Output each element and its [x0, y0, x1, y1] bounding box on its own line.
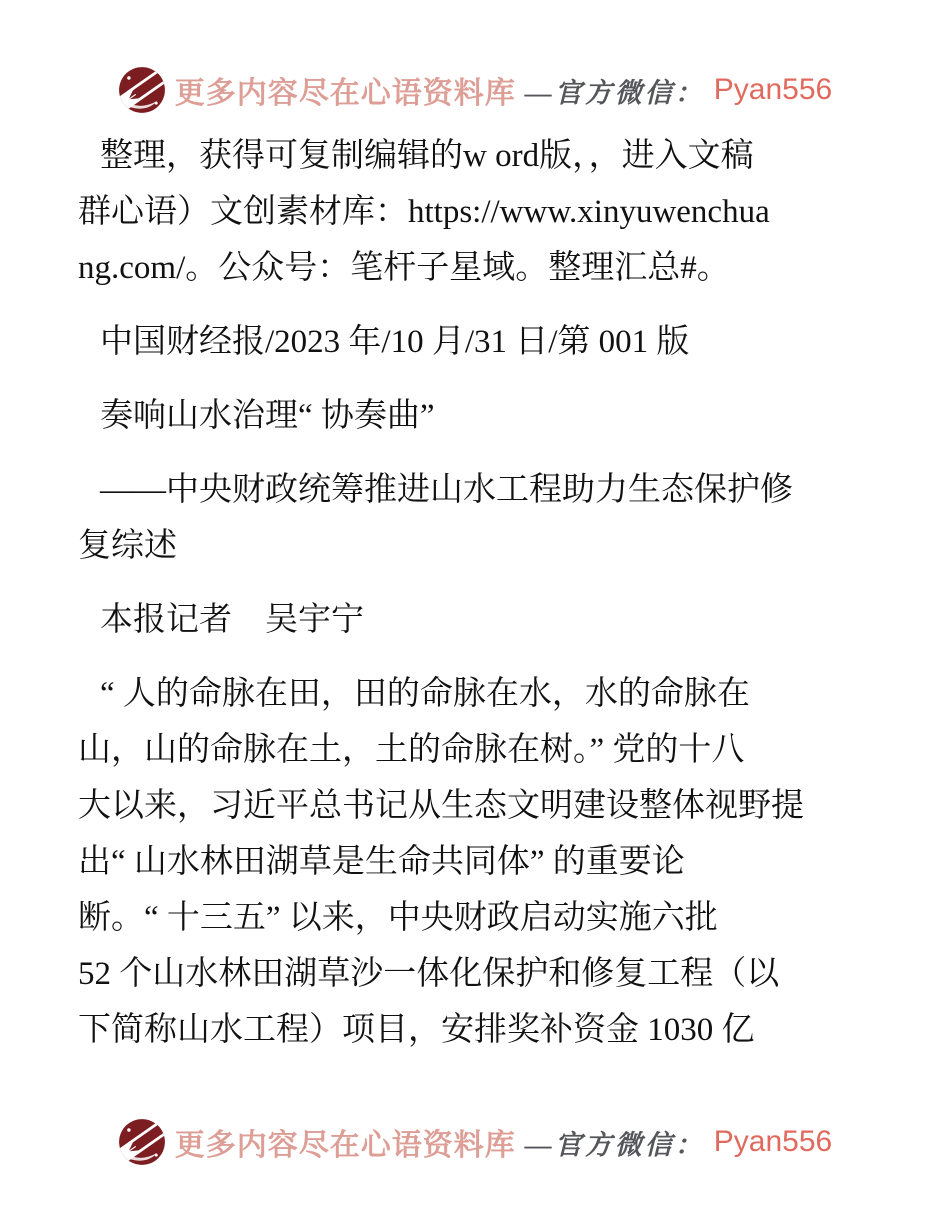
pen-logo-icon [118, 66, 166, 114]
text-line: ng.com/。公众号：笔杆子星域。整理汇总#。 [78, 240, 878, 296]
text-line: 中国财经报/2023 年/10 月/31 日/第 001 版 [78, 314, 878, 370]
document-page: 更多内容尽在心语资料库 —官方微信： Pyan556 整理，获得可复制编辑的w … [0, 0, 950, 1230]
text-line: 出“ 山水林田湖草是生命共同体” 的重要论 [78, 834, 878, 890]
text-line: 下简称山水工程）项目，安排奖补资金 1030 亿 [78, 1002, 878, 1058]
brand-text: 更多内容尽在心语资料库 [175, 1120, 516, 1164]
text-line: ——中央财政统筹推进山水工程助力生态保护修 [78, 462, 878, 518]
paragraph-source-note: 整理，获得可复制编辑的w ord版，，进入文稿 群心语）文创素材库：https:… [78, 128, 878, 296]
paragraph-byline: 本报记者 吴宇宁 [78, 592, 878, 648]
paragraph-publication-info: 中国财经报/2023 年/10 月/31 日/第 001 版 [78, 314, 878, 370]
header-watermark: 更多内容尽在心语资料库 —官方微信： Pyan556 [0, 66, 950, 114]
paragraph-article-subtitle: ——中央财政统筹推进山水工程助力生态保护修 复综述 [78, 462, 878, 574]
text-line: 群心语）文创素材库：https://www.xinyuwenchua [78, 184, 878, 240]
text-line: “ 人的命脉在田，田的命脉在水，水的命脉在 [78, 666, 878, 722]
text-line: 山，山的命脉在土，土的命脉在树。” 党的十八 [78, 722, 878, 778]
text-line: 本报记者 吴宇宁 [78, 592, 878, 648]
footer-watermark: 更多内容尽在心语资料库 —官方微信： Pyan556 [0, 1118, 950, 1166]
paragraph-article-title: 奏响山水治理“ 协奏曲” [78, 388, 878, 444]
text-line: 整理，获得可复制编辑的w ord版，，进入文稿 [78, 128, 878, 184]
wechat-label: —官方微信： [525, 1123, 705, 1162]
text-line: 52 个山水林田湖草沙一体化保护和修复工程（以 [78, 946, 878, 1002]
text-line: 复综述 [78, 518, 878, 574]
wechat-id: Pyan556 [714, 73, 832, 107]
paragraph-body-text: “ 人的命脉在田，田的命脉在水，水的命脉在 山，山的命脉在土，土的命脉在树。” … [78, 666, 878, 1058]
text-line: 断。“ 十三五” 以来，中央财政启动实施六批 [78, 890, 878, 946]
text-line: 奏响山水治理“ 协奏曲” [78, 388, 878, 444]
brand-text: 更多内容尽在心语资料库 [175, 68, 516, 112]
wechat-id: Pyan556 [714, 1125, 832, 1159]
wechat-label: —官方微信： [525, 71, 705, 110]
article-content: 整理，获得可复制编辑的w ord版，，进入文稿 群心语）文创素材库：https:… [78, 128, 878, 1076]
text-line: 大以来，习近平总书记从生态文明建设整体视野提 [78, 778, 878, 834]
pen-logo-icon [118, 1118, 166, 1166]
